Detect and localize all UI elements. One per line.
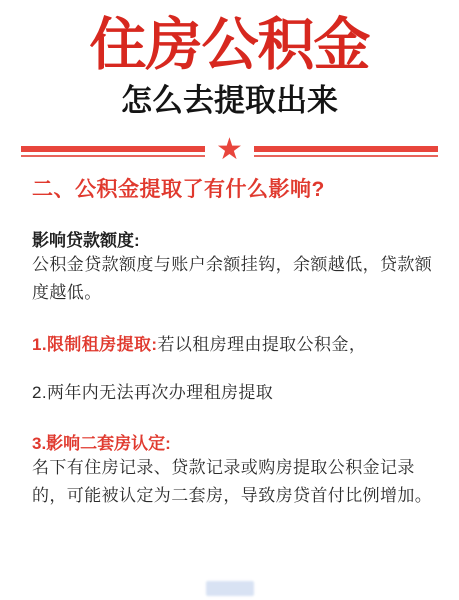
item-1-label: 1.限制租房提取: [32, 335, 157, 354]
title-divider: ★ [0, 136, 459, 166]
sub-title: 怎么去提取出来 [0, 83, 459, 119]
poster-page: 住房公积金 怎么去提取出来 ★ 二、公积金提取了有什么影响? 影响贷款额度: 公… [0, 0, 459, 600]
divider-line-left [21, 146, 205, 157]
section-heading: 二、公积金提取了有什么影响? [32, 173, 325, 203]
loan-quota-label: 影响贷款额度: [32, 226, 140, 251]
item-2: 2.两年内无法再次办理租房提取 [32, 379, 436, 407]
item-1: 1.限制租房提取:若以租房理由提取公积金， [32, 331, 436, 359]
item-1-body: 若以租房理由提取公积金， [157, 335, 366, 354]
divider-line-right [254, 146, 438, 157]
star-icon: ★ [216, 135, 243, 165]
item-3-label: 3.影响二套房认定: [32, 429, 171, 454]
item-3-body: 名下有住房记录、贷款记录或购房提取公积金记录的，可能被认定为二套房，导致房贷首付… [32, 454, 436, 510]
bottom-watermark [206, 581, 254, 596]
main-title: 住房公积金 [0, 12, 459, 80]
loan-quota-body: 公积金贷款额度与账户余额挂钩，余额越低，贷款额度越低。 [32, 251, 436, 307]
